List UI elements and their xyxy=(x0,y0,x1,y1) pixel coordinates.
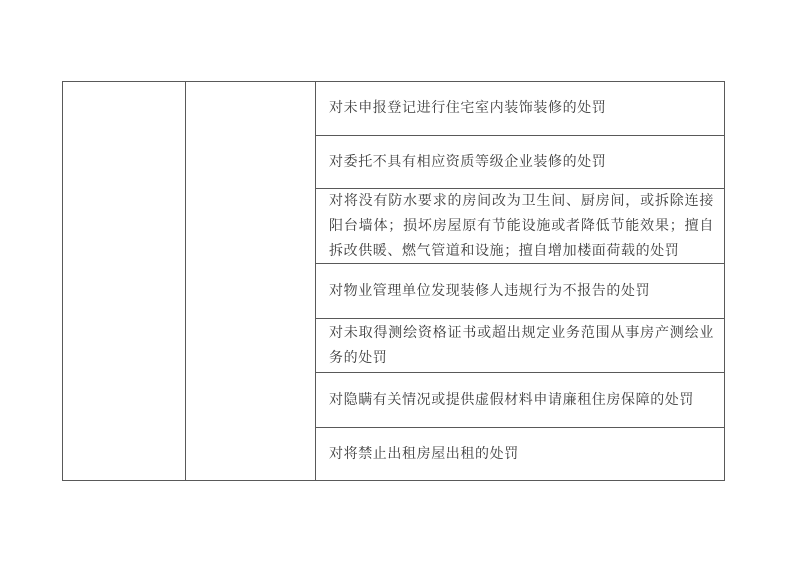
penalties-table: 对未申报登记进行住宅室内装饰装修的处罚 对委托不具有相应资质等级企业装修的处罚 … xyxy=(62,81,725,481)
table-row: 对未申报登记进行住宅室内装饰装修的处罚 xyxy=(316,82,724,136)
penalty-cell-text: 对委托不具有相应资质等级企业装修的处罚 xyxy=(329,150,714,175)
table-row: 对物业管理单位发现装修人违规行为不报告的处罚 xyxy=(316,264,724,319)
table-cell-middle-empty xyxy=(186,82,316,480)
penalty-cell-text: 对将没有防水要求的房间改为卫生间、厨房间，或拆除连接阳台墙体；损坏房屋原有节能设… xyxy=(329,189,714,264)
penalty-cell-text: 对物业管理单位发现装修人违规行为不报告的处罚 xyxy=(329,279,714,304)
table-row: 对隐瞒有关情况或提供虚假材料申请廉租住房保障的处罚 xyxy=(316,373,724,428)
table-row: 对将没有防水要求的房间改为卫生间、厨房间，或拆除连接阳台墙体；损坏房屋原有节能设… xyxy=(316,189,724,264)
table-row: 对委托不具有相应资质等级企业装修的处罚 xyxy=(316,136,724,189)
table-cell-left-empty xyxy=(63,82,186,480)
table-row: 对未取得测绘资格证书或超出规定业务范围从事房产测绘业务的处罚 xyxy=(316,319,724,373)
penalty-cell-text: 对隐瞒有关情况或提供虚假材料申请廉租住房保障的处罚 xyxy=(329,388,714,413)
document-page: 对未申报登记进行住宅室内装饰装修的处罚 对委托不具有相应资质等级企业装修的处罚 … xyxy=(0,0,800,566)
penalty-cell-text: 对未取得测绘资格证书或超出规定业务范围从事房产测绘业务的处罚 xyxy=(329,321,714,371)
penalty-cell-text: 对未申报登记进行住宅室内装饰装修的处罚 xyxy=(329,96,714,121)
penalty-items-column: 对未申报登记进行住宅室内装饰装修的处罚 对委托不具有相应资质等级企业装修的处罚 … xyxy=(316,82,724,480)
table-row: 对将禁止出租房屋出租的处罚 xyxy=(316,428,724,480)
penalty-cell-text: 对将禁止出租房屋出租的处罚 xyxy=(329,442,714,467)
